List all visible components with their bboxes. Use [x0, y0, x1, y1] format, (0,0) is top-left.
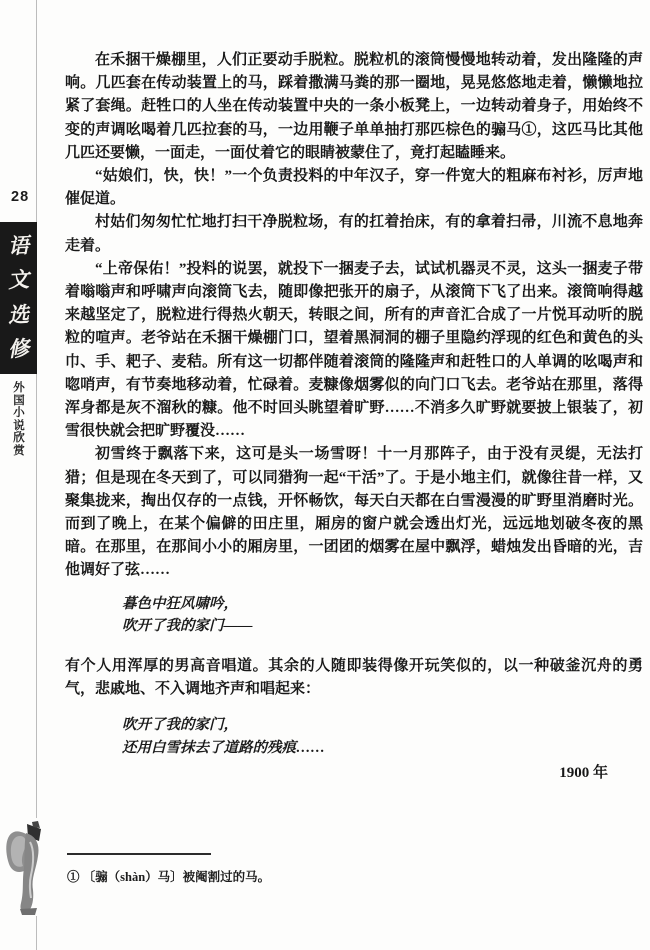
- series-char: 文: [7, 270, 29, 292]
- footnote-divider: [67, 853, 211, 855]
- subseries-title: 外 国 小 说 欣 赏: [8, 382, 30, 458]
- left-margin-rule: [36, 0, 37, 950]
- series-title-box: 语 文 选 修: [0, 222, 37, 374]
- subseries-char: 小: [13, 407, 25, 420]
- article-body: 在禾捆干燥棚里，人们正要动手脱粒。脱粒机的滚筒慢慢地转动着，发出隆隆的声响。几匹…: [65, 49, 643, 785]
- verse-line: 还用白雪抹去了道路的残痕……: [122, 737, 643, 760]
- subseries-char: 说: [13, 420, 25, 433]
- verse-block: 吹开了我的家门， 还用白雪抹去了道路的残痕……: [65, 714, 643, 759]
- body-paragraph: 在禾捆干燥棚里，人们正要动手脱粒。脱粒机的滚筒慢慢地转动着，发出隆隆的声响。几匹…: [65, 49, 643, 165]
- body-paragraph: “姑娘们，快，快！”一个负责投料的中年汉子，穿一件宽大的粗麻布衬衫，厉声地催促道…: [65, 165, 643, 211]
- date-line: 1900 年: [65, 762, 643, 785]
- subseries-char: 国: [13, 395, 25, 408]
- footnote-area: ① 〔骟（shàn）马〕被阉割过的马。: [67, 853, 627, 886]
- winged-statue-icon: [2, 818, 50, 916]
- verse-line: 吹开了我的家门——: [122, 615, 643, 638]
- subseries-char: 外: [13, 382, 25, 395]
- body-paragraph: 村姑们匆匆忙忙地打扫干净脱粒场，有的扛着抬床，有的拿着扫帚，川流不息地奔走着。: [65, 211, 643, 257]
- body-paragraph: “上帝保佑！”投料的说罢，就投下一捆麦子去，试试机器灵不灵，这头一捆麦子带着嗡嗡…: [65, 258, 643, 444]
- series-char: 修: [7, 339, 29, 361]
- subseries-char: 欣: [13, 432, 25, 445]
- page-number: 28: [11, 189, 29, 205]
- verse-line: 暮色中狂风啸吟，: [122, 593, 643, 616]
- series-char: 选: [7, 304, 29, 326]
- series-char: 语: [7, 235, 29, 257]
- verse-block: 暮色中狂风啸吟， 吹开了我的家门——: [65, 593, 643, 638]
- subseries-char: 赏: [13, 445, 25, 458]
- verse-line: 吹开了我的家门，: [122, 714, 643, 737]
- textbook-page: 28 语 文 选 修 外 国 小 说 欣 赏 在禾捆干燥棚里，人们正要动手脱粒。…: [0, 0, 650, 950]
- body-paragraph: 初雪终于飘落下来，这可是头一场雪呀！十一月那阵子，由于没有灵缇，无法打猎；但是现…: [65, 443, 643, 582]
- body-paragraph: 有个人用浑厚的男高音唱道。其余的人随即装得像开玩笑似的，以一种破釜沉舟的勇气，悲…: [65, 655, 643, 701]
- footnote-text: ① 〔骟（shàn）马〕被阉割过的马。: [67, 868, 627, 886]
